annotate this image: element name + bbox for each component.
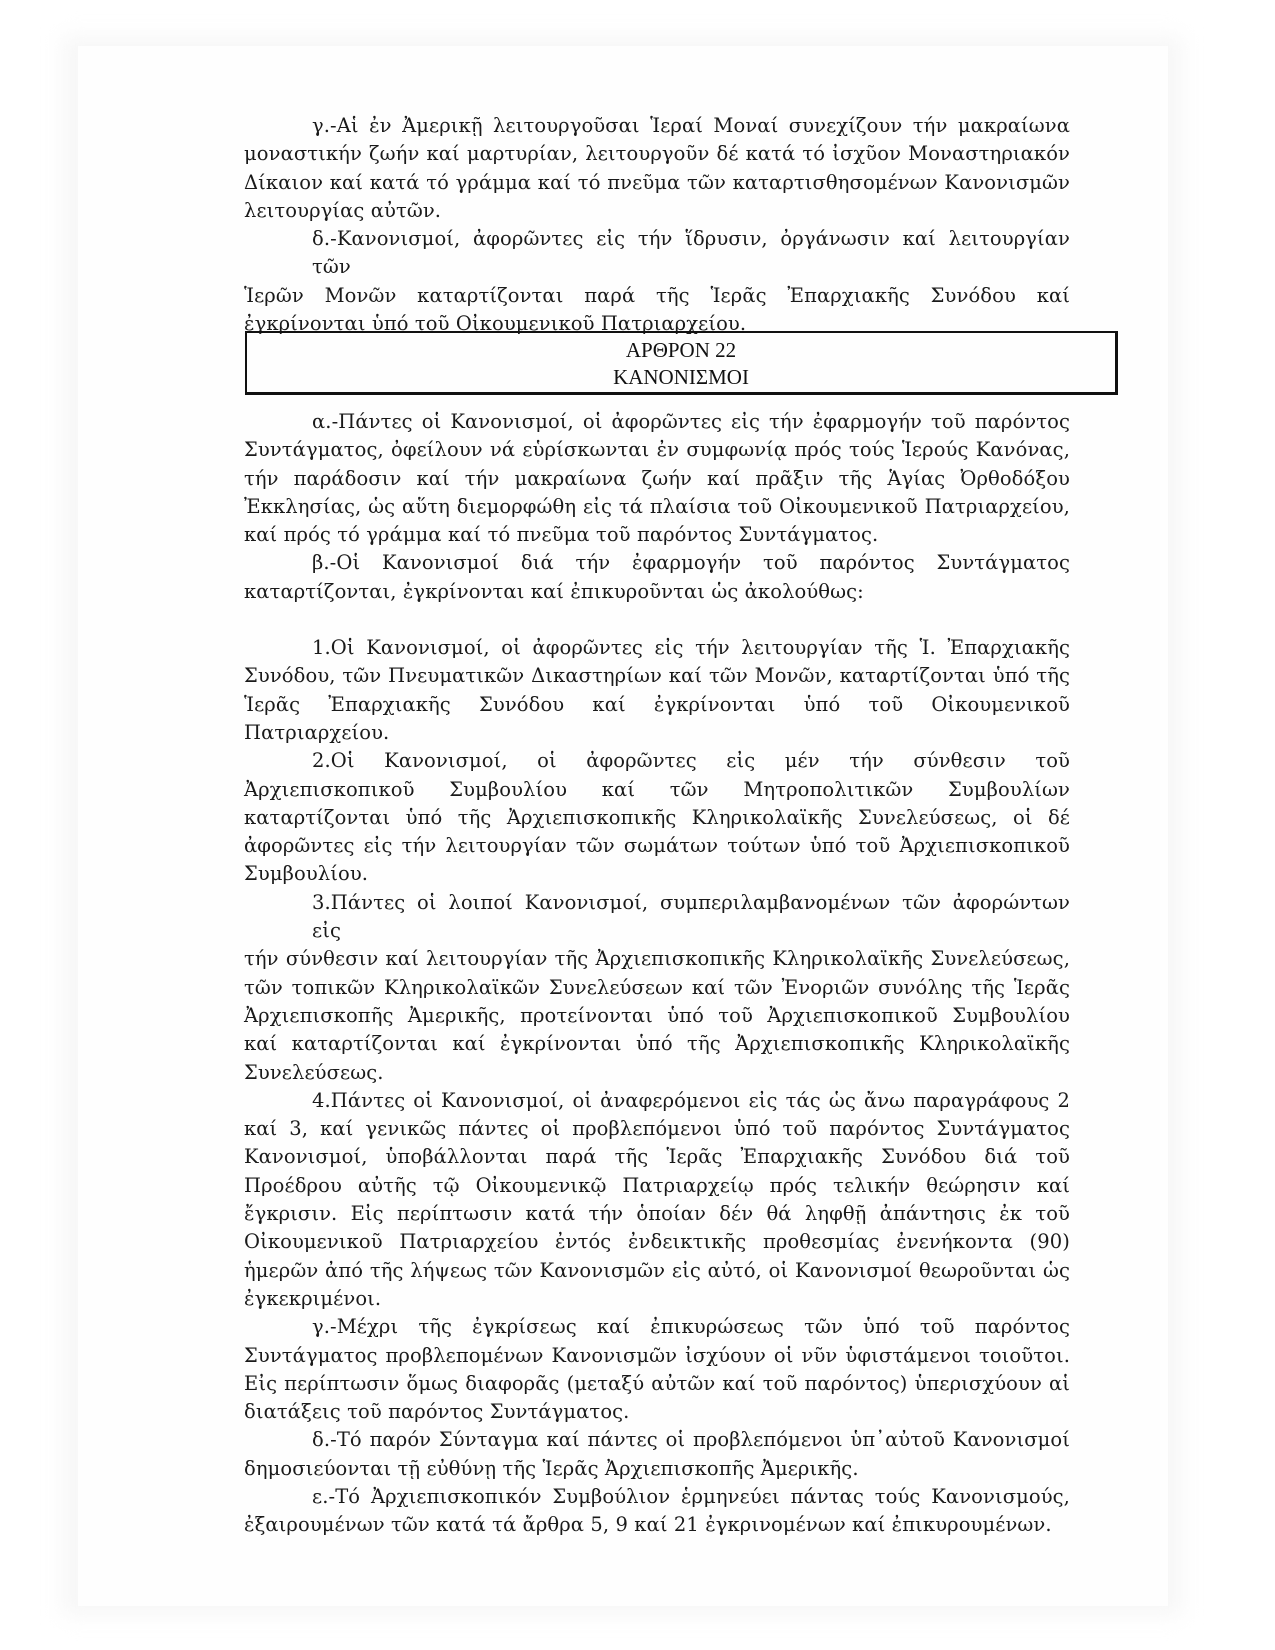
article-heading-box: ΑΡΘΡΟΝ 22 ΚΑΝΟΝΙΣΜΟΙ	[245, 331, 1118, 395]
text-line: ἐγκεκριμένοι.	[244, 1285, 1070, 1313]
paragraph: δ.-Τό παρόν Σύνταγμα καί πάντες οἱ προβλ…	[244, 1426, 1070, 1483]
text-line: 3.Πάντες οἱ λοιποί Κανονισμοί, συμπεριλα…	[244, 889, 1070, 946]
text-line: ε.-Τό Ἀρχιεπισκοπικόν Συμβούλιον ἑρμηνεύ…	[244, 1483, 1070, 1511]
text-line: Συντάγματος προβλεπομένων Κανονισμῶν ἰσχ…	[244, 1342, 1070, 1370]
paragraph: γ.-Μέχρι τῆς ἐγκρίσεως καί ἐπικυρώσεως τ…	[244, 1313, 1070, 1426]
text-line: δ.-Κανονισμοί, ἀφορῶντες εἰς τήν ἵδρυσιν…	[244, 225, 1070, 282]
text-line: β.-Οἱ Κανονισμοί διά τήν ἐφαρμογήν τοῦ π…	[244, 549, 1070, 577]
paragraph: 2.Οἱ Κανονισμοί, οἱ ἀφορῶντες εἰς μέν τή…	[244, 747, 1070, 888]
text-line: τήν σύνθεσιν καί λειτουργίαν τῆς Ἀρχιεπι…	[244, 945, 1070, 973]
text-line: δημοσιεύονται τῇ εὐθύνῃ τῆς Ἱερᾶς Ἀρχιεπ…	[244, 1455, 1070, 1483]
paragraph: γ.-Αἱ ἐν Ἀμερικῇ λειτουργοῦσαι Ἱεραί Μον…	[244, 112, 1070, 225]
text-line: 4.Πάντες οἱ Κανονισμοί, οἱ ἀναφερόμενοι …	[244, 1087, 1070, 1115]
article-number: ΑΡΘΡΟΝ 22	[247, 337, 1115, 364]
text-line: καταρτίζονται, ἐγκρίνονται καί ἐπικυροῦν…	[244, 578, 1070, 606]
text-line: Συντάγματος, ὀφείλουν νά εὑρίσκωνται ἐν …	[244, 436, 1070, 464]
text-line: ἀφορῶντες εἰς τήν λειτουργίαν τῶν σωμάτω…	[244, 832, 1070, 860]
text-line: 2.Οἱ Κανονισμοί, οἱ ἀφορῶντες εἰς μέν τή…	[244, 747, 1070, 775]
text-line: Ἀρχιεπισκοπικοῦ Συμβουλίου καί τῶν Μητρο…	[244, 776, 1070, 804]
paragraph: α.-Πάντες οἱ Κανονισμοί, οἱ ἀφορῶντες εἰ…	[244, 408, 1070, 549]
text-line: δ.-Τό παρόν Σύνταγμα καί πάντες οἱ προβλ…	[244, 1426, 1070, 1454]
text-line: Ἱερῶν Μονῶν καταρτίζονται παρά τῆς Ἱερᾶς…	[244, 282, 1070, 310]
paragraph-gap	[244, 606, 1070, 634]
paragraph: 1.Οἱ Κανονισμοί, οἱ ἀφορῶντες εἰς τήν λε…	[244, 634, 1070, 747]
paragraph: 4.Πάντες οἱ Κανονισμοί, οἱ ἀναφερόμενοι …	[244, 1087, 1070, 1313]
preceding-article-text: γ.-Αἱ ἐν Ἀμερικῇ λειτουργοῦσαι Ἱεραί Μον…	[244, 112, 1070, 338]
text-line: α.-Πάντες οἱ Κανονισμοί, οἱ ἀφορῶντες εἰ…	[244, 408, 1070, 436]
text-line: μοναστικήν ζωήν καί μαρτυρίαν, λειτουργο…	[244, 140, 1070, 168]
text-line: Συνελεύσεως.	[244, 1059, 1070, 1087]
text-line: καί 3, καί γενικῶς πάντες οἱ προβλεπόμεν…	[244, 1115, 1070, 1143]
text-line: Ἀρχιεπισκοπῆς Ἀμερικῆς, προτείνονται ὑπό…	[244, 1002, 1070, 1030]
text-line: διατάξεις τοῦ παρόντος Συντάγματος.	[244, 1398, 1070, 1426]
text-line: Προέδρου αὐτῆς τῷ Οἰκουμενικῷ Πατριαρχεί…	[244, 1172, 1070, 1200]
paragraph: δ.-Κανονισμοί, ἀφορῶντες εἰς τήν ἵδρυσιν…	[244, 225, 1070, 338]
text-line: ἔγκρισιν. Εἰς περίπτωσιν κατά τήν ὁποίαν…	[244, 1200, 1070, 1228]
text-line: ἐξαιρουμένων τῶν κατά τά ἄρθρα 5, 9 καί …	[244, 1511, 1070, 1539]
text-line: τήν παράδοσιν καί τήν μακραίωνα ζωήν καί…	[244, 465, 1070, 493]
paragraph: ε.-Τό Ἀρχιεπισκοπικόν Συμβούλιον ἑρμηνεύ…	[244, 1483, 1070, 1540]
text-line: Δίκαιον καί κατά τό γράμμα καί τό πνεῦμα…	[244, 169, 1070, 197]
text-line: Οἰκουμενικοῦ Πατριαρχείου ἐντός ἐνδεικτι…	[244, 1228, 1070, 1256]
text-line: τῶν τοπικῶν Κληρικολαϊκῶν Συνελεύσεων κα…	[244, 974, 1070, 1002]
text-line: καί πρός τό γράμμα καί τό πνεῦμα τοῦ παρ…	[244, 521, 1070, 549]
text-line: γ.-Μέχρι τῆς ἐγκρίσεως καί ἐπικυρώσεως τ…	[244, 1313, 1070, 1341]
paragraph: β.-Οἱ Κανονισμοί διά τήν ἐφαρμογήν τοῦ π…	[244, 549, 1070, 606]
text-line: Συνόδου, τῶν Πνευματικῶν Δικαστηρίων καί…	[244, 662, 1070, 690]
text-line: λειτουργίας αὐτῶν.	[244, 197, 1070, 225]
article-title: ΚΑΝΟΝΙΣΜΟΙ	[247, 364, 1115, 391]
text-line: καί καταρτίζονται καί ἐγκρίνονται ὑπό τῆ…	[244, 1030, 1070, 1058]
text-line: Ἐκκλησίας, ὡς αὕτη διεμορφώθη εἰς τά πλα…	[244, 493, 1070, 521]
article-body-text: α.-Πάντες οἱ Κανονισμοί, οἱ ἀφορῶντες εἰ…	[244, 408, 1070, 1540]
text-line: καταρτίζονται ὑπό τῆς Ἀρχιεπισκοπικῆς Κλ…	[244, 804, 1070, 832]
text-line: Συμβουλίου.	[244, 860, 1070, 888]
text-line: Εἰς περίπτωσιν ὅμως διαφορᾶς (μεταξύ αὐτ…	[244, 1370, 1070, 1398]
text-line: Ἱερᾶς Ἐπαρχιακῆς Συνόδου καί ἐγκρίνονται…	[244, 691, 1070, 719]
text-line: Πατριαρχείου.	[244, 719, 1070, 747]
paragraph: 3.Πάντες οἱ λοιποί Κανονισμοί, συμπεριλα…	[244, 889, 1070, 1087]
text-line: Κανονισμοί, ὑποβάλλονται παρά τῆς Ἱερᾶς …	[244, 1143, 1070, 1171]
text-line: ἡμερῶν ἀπό τῆς λήψεως τῶν Κανονισμῶν εἰς…	[244, 1257, 1070, 1285]
text-line: 1.Οἱ Κανονισμοί, οἱ ἀφορῶντες εἰς τήν λε…	[244, 634, 1070, 662]
text-line: γ.-Αἱ ἐν Ἀμερικῇ λειτουργοῦσαι Ἱεραί Μον…	[244, 112, 1070, 140]
